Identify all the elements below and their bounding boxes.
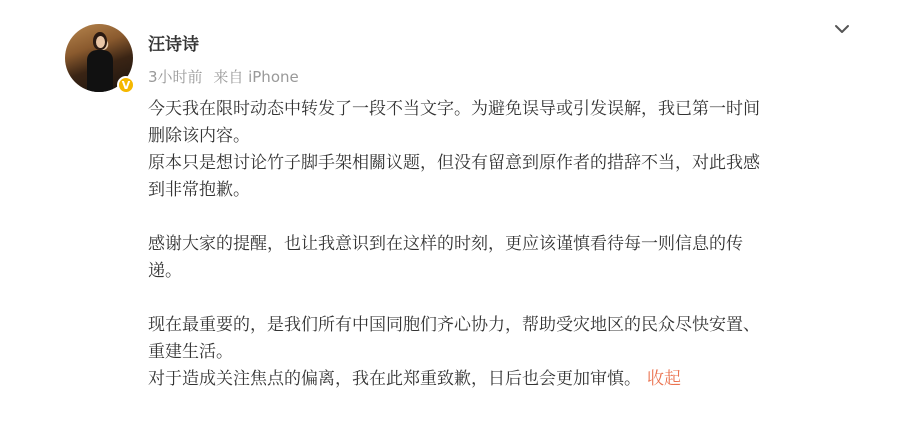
post-source: 来自 iPhone bbox=[213, 68, 298, 86]
paragraph-gap bbox=[148, 204, 848, 231]
post-menu-button[interactable] bbox=[830, 18, 854, 40]
post-content: 今天我在限时动态中转发了一段不当文字。为避免误导或引发误解，我已第一时间 删除该… bbox=[148, 96, 848, 393]
content-line: 原本只是想讨论竹子脚手架相關议题，但没有留意到原作者的措辞不当，对此我感 bbox=[148, 150, 848, 177]
content-line: 重建生活。 bbox=[148, 339, 848, 366]
author-avatar[interactable]: V bbox=[65, 24, 133, 92]
paragraph-gap bbox=[148, 285, 848, 312]
content-line: 对于造成关注焦点的偏离，我在此郑重致歉，日后也会更加审慎。 bbox=[148, 369, 641, 389]
verified-badge-icon: V bbox=[117, 76, 135, 94]
collapse-link[interactable]: 收起 bbox=[647, 369, 681, 389]
content-line: 递。 bbox=[148, 258, 848, 285]
content-line: 删除该内容。 bbox=[148, 123, 848, 150]
chevron-down-icon bbox=[834, 24, 850, 34]
author-name[interactable]: 汪诗诗 bbox=[148, 30, 199, 55]
content-line: 到非常抱歉。 bbox=[148, 177, 848, 204]
content-line: 今天我在限时动态中转发了一段不当文字。为避免误导或引发误解，我已第一时间 bbox=[148, 96, 848, 123]
post-time[interactable]: 3小时前 bbox=[148, 68, 203, 86]
content-line: 现在最重要的，是我们所有中国同胞们齐心协力，帮助受灾地区的民众尽快安置、 bbox=[148, 312, 848, 339]
post-meta: 3小时前 来自 iPhone bbox=[148, 66, 305, 87]
content-last-line: 对于造成关注焦点的偏离，我在此郑重致歉，日后也会更加审慎。收起 bbox=[148, 366, 848, 393]
weibo-post: V 汪诗诗 3小时前 来自 iPhone 今天我在限时动态中转发了一段不当文字。… bbox=[0, 0, 900, 447]
content-line: 感谢大家的提醒，也让我意识到在这样的时刻，更应该谨慎看待每一则信息的传 bbox=[148, 231, 848, 258]
